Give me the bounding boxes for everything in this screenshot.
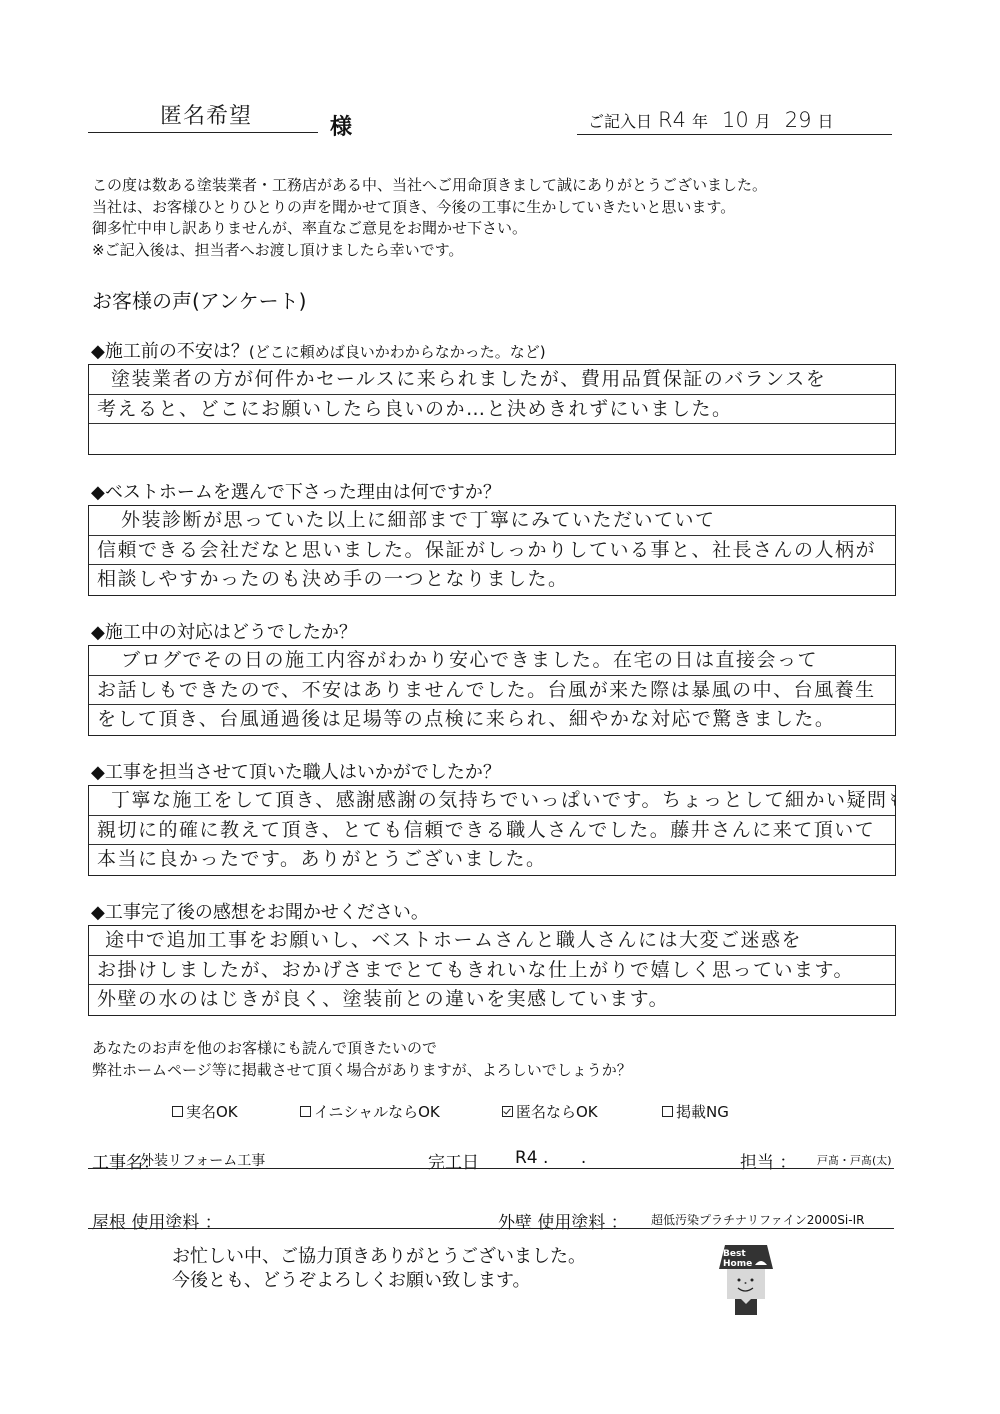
- option-real-name[interactable]: 実名OK: [172, 1101, 300, 1122]
- wall-paint-value: 超低汚染プラチナリファイン2000Si-IR: [651, 1211, 864, 1228]
- honorific: 様: [330, 110, 352, 141]
- intro-text: この度は数ある塗装業者・工務店がある中、当社へご用命頂きまして誠にありがとうござ…: [92, 175, 767, 261]
- mascot-logo-line2: Home: [723, 1259, 752, 1269]
- consent-question: あなたのお声を他のお客様にも読んで頂きたいので 弊社ホームページ等に掲載させて頂…: [92, 1038, 632, 1081]
- intro-line: 御多忙中申し訳ありませんが、率直なご意見をお聞かせ下さい。: [92, 218, 767, 240]
- option-anonymous[interactable]: 匿名ならOK: [502, 1101, 662, 1122]
- intro-line: ※ご記入後は、担当者へお渡し頂けましたら幸いです。: [92, 240, 767, 262]
- staff-label: 担当 ：: [740, 1148, 796, 1173]
- year-label: 年: [692, 109, 708, 132]
- answer-line: 考えると、どこにお願いしたら良いのか…と決めきれずにいました。: [89, 395, 895, 425]
- date-label: ご記入日: [588, 109, 652, 132]
- answer-box: 塗装業者の方が何件かセールスに来られましたが、費用品質保証のバランスを 考えると…: [88, 364, 896, 455]
- checkbox-icon[interactable]: [172, 1106, 183, 1117]
- project-name-value: 外装リフォーム工事: [140, 1150, 265, 1170]
- question-label: ◆施工中の対応はどうでしたか？: [91, 622, 357, 643]
- survey-title: お客様の声(アンケート): [92, 285, 306, 314]
- consent-line: 弊社ホームページ等に掲載させて頂く場合がありますが、よろしいでしょうか？: [92, 1060, 632, 1082]
- answer-line: 親切に的確に教えて頂き、とても信頼できる職人さんでした。藤井さんに来て頂いて: [89, 816, 895, 846]
- date-underline: [577, 134, 892, 135]
- question-title: ◆施工前の不安は？(どこに頼めば良いかわからなかった。など): [91, 337, 546, 363]
- roof-paint-label: 屋根 使用塗料 ：: [92, 1208, 222, 1233]
- option-label: イニシャルならOK: [314, 1101, 440, 1122]
- checked-checkbox-icon[interactable]: [502, 1106, 513, 1117]
- intro-line: この度は数ある塗装業者・工務店がある中、当社へご用命頂きまして誠にありがとうござ…: [92, 175, 767, 197]
- answer-box: 外装診断が思っていた以上に細部まで丁寧にみていただいていて 信頼できる会社だなと…: [88, 505, 896, 596]
- wall-paint-label: 外壁 使用塗料 ：: [498, 1208, 628, 1233]
- option-label: 掲載NG: [676, 1101, 729, 1122]
- name-underline: [88, 132, 318, 133]
- day-label: 日: [817, 109, 833, 132]
- answer-line: ブログでその日の施工内容がわかり安心できました。在宅の日は直接会って: [89, 646, 895, 676]
- option-label: 実名OK: [186, 1101, 238, 1122]
- best-home-mascot: Best Home: [717, 1243, 777, 1321]
- mascot-icon: Best Home: [717, 1243, 777, 1321]
- answer-line: 途中で追加工事をお願いし、ベストホームさんと職人さんには大変ご迷惑を: [89, 926, 895, 956]
- answer-line: 丁寧な施工をして頂き、感謝感謝の気持ちでいっぱいです。ちょっとして細かい疑問も: [89, 786, 895, 816]
- date-month: 10: [722, 108, 749, 132]
- question-label: ◆施工前の不安は？: [91, 341, 249, 362]
- completion-date-label: 完工日: [428, 1148, 479, 1173]
- paint-underline: [88, 1228, 894, 1229]
- question-title: ◆ベストホームを選んで下さった理由は何ですか？: [91, 478, 501, 504]
- answer-line: 塗装業者の方が何件かセールスに来られましたが、費用品質保証のバランスを: [89, 365, 895, 395]
- question-title: ◆施工中の対応はどうでしたか？: [91, 618, 357, 644]
- question-label: ◆工事完了後の感想をお聞かせください。: [91, 902, 429, 923]
- question-title: ◆工事を担当させて頂いた職人はいかがでしたか？: [91, 758, 501, 784]
- closing-line: お忙しい中、ご協力頂きありがとうございました。: [172, 1245, 586, 1269]
- staff-value: 戸髙・戸髙(太): [817, 1152, 892, 1168]
- closing-line: 今後とも、どうぞよろしくお願い致します。: [172, 1269, 586, 1293]
- consent-options: 実名OK イニシャルならOK 匿名ならOK 掲載NG: [172, 1101, 729, 1122]
- intro-line: 当社は、お客様ひとりひとりの声を聞かせて頂き、今後の工事に生かしていきたいと思い…: [92, 197, 767, 219]
- option-initials[interactable]: イニシャルならOK: [300, 1101, 502, 1122]
- answer-line: お話しもできたので、不安はありませんでした。台風が来た際は暴風の中、台風養生: [89, 676, 895, 706]
- question-subtitle: (どこに頼めば良いかわからなかった。など): [249, 343, 546, 361]
- answer-line: 相談しやすかったのも決め手の一つとなりました。: [89, 565, 895, 595]
- answer-line: [89, 424, 895, 454]
- option-no-publish[interactable]: 掲載NG: [662, 1101, 729, 1122]
- completion-date-value: R4 . .: [515, 1148, 586, 1168]
- question-title: ◆工事完了後の感想をお聞かせください。: [91, 898, 429, 924]
- answer-line: お掛けしましたが、おかげさまでとてもきれいな仕上がりで嬉しく思っています。: [89, 956, 895, 986]
- project-underline: [88, 1168, 894, 1169]
- answer-box: 丁寧な施工をして頂き、感謝感謝の気持ちでいっぱいです。ちょっとして細かい疑問も …: [88, 785, 896, 876]
- question-label: ◆ベストホームを選んで下さった理由は何ですか？: [91, 482, 501, 503]
- consent-line: あなたのお声を他のお客様にも読んで頂きたいので: [92, 1038, 632, 1060]
- answer-line: 本当に良かったです。ありがとうございました。: [89, 845, 895, 875]
- date-day: 29: [785, 108, 812, 132]
- mascot-logo-line1: Best: [723, 1249, 746, 1259]
- closing-message: お忙しい中、ご協力頂きありがとうございました。 今後とも、どうぞよろしくお願い致…: [172, 1245, 586, 1293]
- answer-line: 外壁の水のはじきが良く、塗装前との違いを実感しています。: [89, 985, 895, 1015]
- question-label: ◆工事を担当させて頂いた職人はいかがでしたか？: [91, 762, 501, 783]
- checkbox-icon[interactable]: [300, 1106, 311, 1117]
- answer-line: をして頂き、台風通過後は足場等の点検に来られ、細やかな対応で驚きました。: [89, 705, 895, 735]
- checkbox-icon[interactable]: [662, 1106, 673, 1117]
- answer-line: 信頼できる会社だなと思いました。保証がしっかりしている事と、社長さんの人柄が: [89, 536, 895, 566]
- date-era-year: R4: [658, 108, 686, 132]
- answer-box: ブログでその日の施工内容がわかり安心できました。在宅の日は直接会って お話しもで…: [88, 645, 896, 736]
- answer-box: 途中で追加工事をお願いし、ベストホームさんと職人さんには大変ご迷惑を お掛けしま…: [88, 925, 896, 1016]
- answer-line: 外装診断が思っていた以上に細部まで丁寧にみていただいていて: [89, 506, 895, 536]
- option-label: 匿名ならOK: [516, 1101, 598, 1122]
- month-label: 月: [755, 109, 771, 132]
- customer-name: 匿名希望: [160, 99, 252, 130]
- entry-date: ご記入日 R4 年 10 月 29 日: [588, 108, 833, 132]
